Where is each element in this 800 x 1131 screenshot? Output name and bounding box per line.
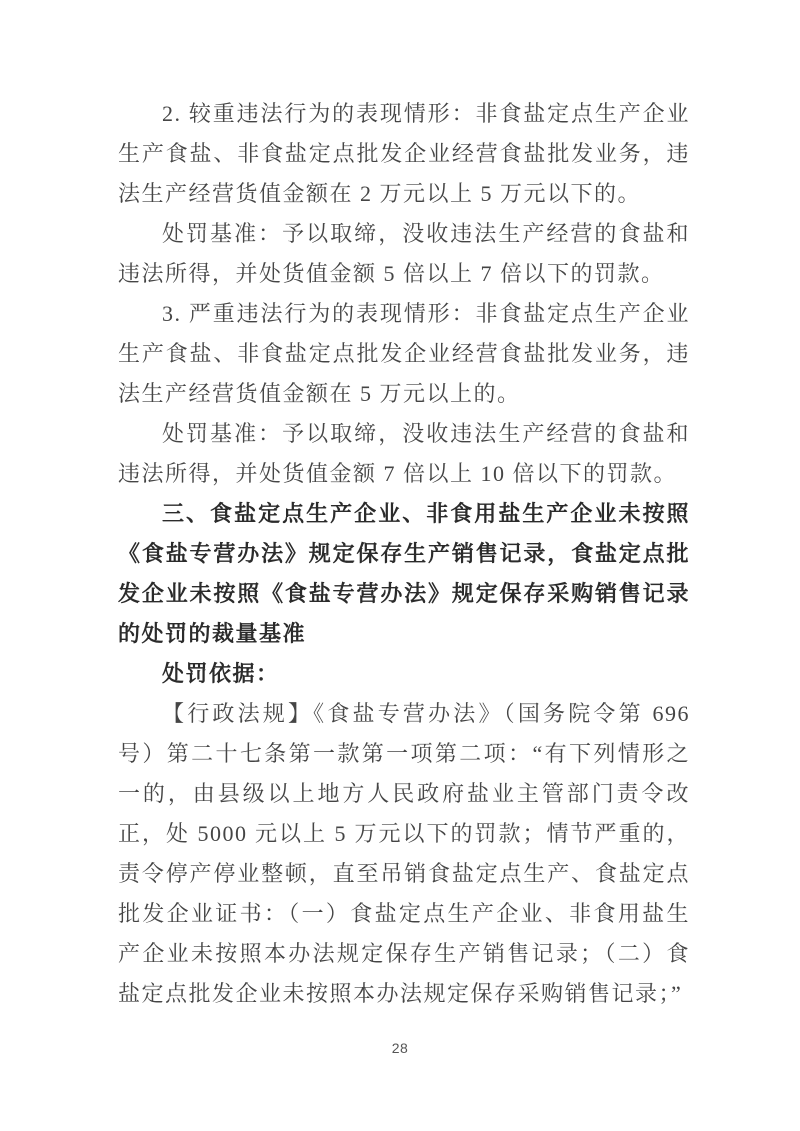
paragraph-body: 2. 较重违法行为的表现情形：非食盐定点生产企业生产食盐、非食盐定点批发企业经营… (118, 94, 690, 214)
page-number: 28 (0, 1040, 800, 1056)
paragraph-heading: 处罚依据： (118, 654, 690, 694)
document-page: 2. 较重违法行为的表现情形：非食盐定点生产企业生产食盐、非食盐定点批发企业经营… (0, 0, 800, 1131)
paragraph-body: 3. 严重违法行为的表现情形：非食盐定点生产企业生产食盐、非食盐定点批发企业经营… (118, 294, 690, 414)
paragraph-body: 处罚基准：予以取缔，没收违法生产经营的食盐和违法所得，并处货值金额 5 倍以上 … (118, 214, 690, 294)
paragraph-body: 处罚基准：予以取缔，没收违法生产经营的食盐和违法所得，并处货值金额 7 倍以上 … (118, 414, 690, 494)
paragraph-body: 【行政法规】《食盐专营办法》（国务院令第 696 号）第二十七条第一款第一项第二… (118, 694, 690, 1014)
paragraph-heading: 三、食盐定点生产企业、非食用盐生产企业未按照《食盐专营办法》规定保存生产销售记录… (118, 494, 690, 654)
document-body: 2. 较重违法行为的表现情形：非食盐定点生产企业生产食盐、非食盐定点批发企业经营… (118, 94, 690, 1014)
